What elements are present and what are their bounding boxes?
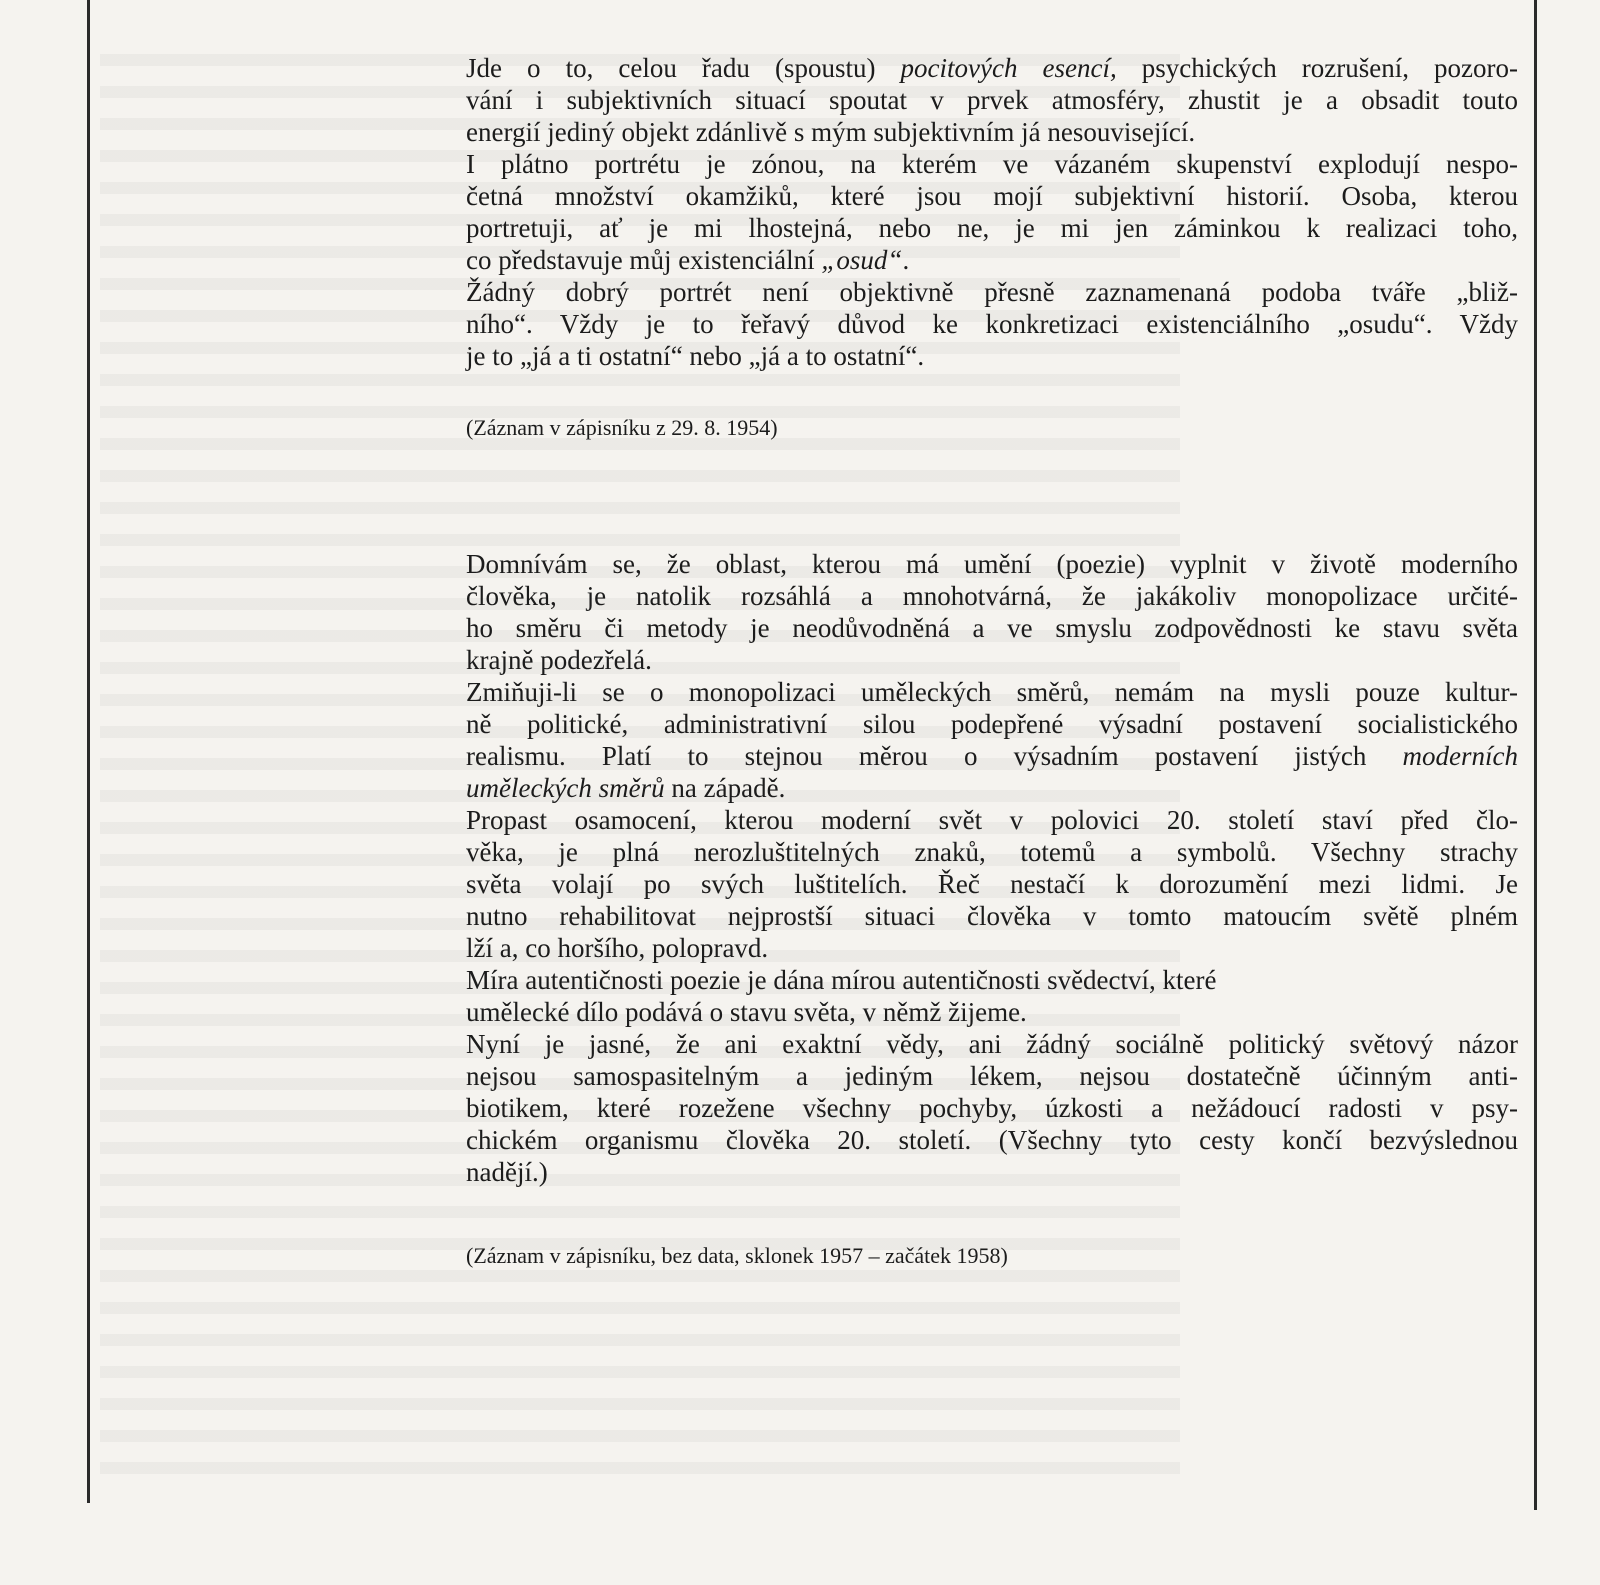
text-line: Domnívám se, že oblast, kterou má umění … <box>466 548 1518 580</box>
text-line: krajně podezřelá. <box>466 644 1518 676</box>
notebook-entry-1954: Jde o to, celou řadu (spoustu) pocitovýc… <box>466 52 1518 372</box>
text-line: četná množství okamžiků, které jsou mojí… <box>466 180 1518 212</box>
text-line: světa volají po svých luštitelích. Řeč n… <box>466 868 1518 900</box>
text-line: umělecké dílo podává o stavu světa, v ně… <box>466 996 1518 1028</box>
text-line: Zmiňuji-li se o monopolizaci uměleckých … <box>466 676 1518 708</box>
text-line: Nyní je jasné, že ani exaktní vědy, ani … <box>466 1028 1518 1060</box>
left-margin-rule <box>87 0 90 1503</box>
text-line: věka, je plná nerozluštitelných znaků, t… <box>466 836 1518 868</box>
right-margin-rule <box>1534 0 1537 1510</box>
text-line: co představuje můj existenciální „osud“. <box>466 244 1518 276</box>
text-line: Míra autentičnosti poezie je dána mírou … <box>466 964 1518 996</box>
text-line: ního“. Vždy je to řeřavý důvod ke konkre… <box>466 308 1518 340</box>
text-line: uměleckých směrů na západě. <box>466 772 1518 804</box>
text-line: člověka, je natolik rozsáhlá a mnohotvár… <box>466 580 1518 612</box>
text-line: je to „já a ti ostatní“ nebo „já a to os… <box>466 340 1518 372</box>
entry-text: Jde o to, celou řadu (spoustu) pocitovýc… <box>466 52 1518 372</box>
text-line: ho směru či metody je neodůvodněná a ve … <box>466 612 1518 644</box>
text-line: nadějí.) <box>466 1156 1518 1188</box>
notebook-entry-1957-1958: Domnívám se, že oblast, kterou má umění … <box>466 548 1518 1188</box>
entry-source-note-1957-1958: (Záznam v zápisníku, bez data, sklonek 1… <box>466 1242 1518 1270</box>
text-line: Žádný dobrý portrét není objektivně přes… <box>466 276 1518 308</box>
text-line: vání i subjektivních situací spoutat v p… <box>466 84 1518 116</box>
text-line: biotikem, které rozežene všechny pochyby… <box>466 1092 1518 1124</box>
text-line: energií jediný objekt zdánlivě s mým sub… <box>466 116 1518 148</box>
text-line: nutno rehabilitovat nejprostší situaci č… <box>466 900 1518 932</box>
text-line: lží a, co horšího, polopravd. <box>466 932 1518 964</box>
source-note: (Záznam v zápisníku, bez data, sklonek 1… <box>466 1242 1518 1270</box>
text-line: I plátno portrétu je zónou, na kterém ve… <box>466 148 1518 180</box>
text-line: portretuji, ať je mi lhostejná, nebo ne,… <box>466 212 1518 244</box>
text-line: Propast osamocení, kterou moderní svět v… <box>466 804 1518 836</box>
text-line: realismu. Platí to stejnou měrou o výsad… <box>466 740 1518 772</box>
entry-text: Domnívám se, že oblast, kterou má umění … <box>466 548 1518 1188</box>
text-line: chickém organismu člověka 20. století. (… <box>466 1124 1518 1156</box>
text-line: nejsou samospasitelným a jediným lékem, … <box>466 1060 1518 1092</box>
entry-source-note-1954: (Záznam v zápisníku z 29. 8. 1954) <box>466 414 1518 442</box>
source-note: (Záznam v zápisníku z 29. 8. 1954) <box>466 414 1518 442</box>
text-line: Jde o to, celou řadu (spoustu) pocitovýc… <box>466 52 1518 84</box>
text-line: ně politické, administrativní silou pode… <box>466 708 1518 740</box>
